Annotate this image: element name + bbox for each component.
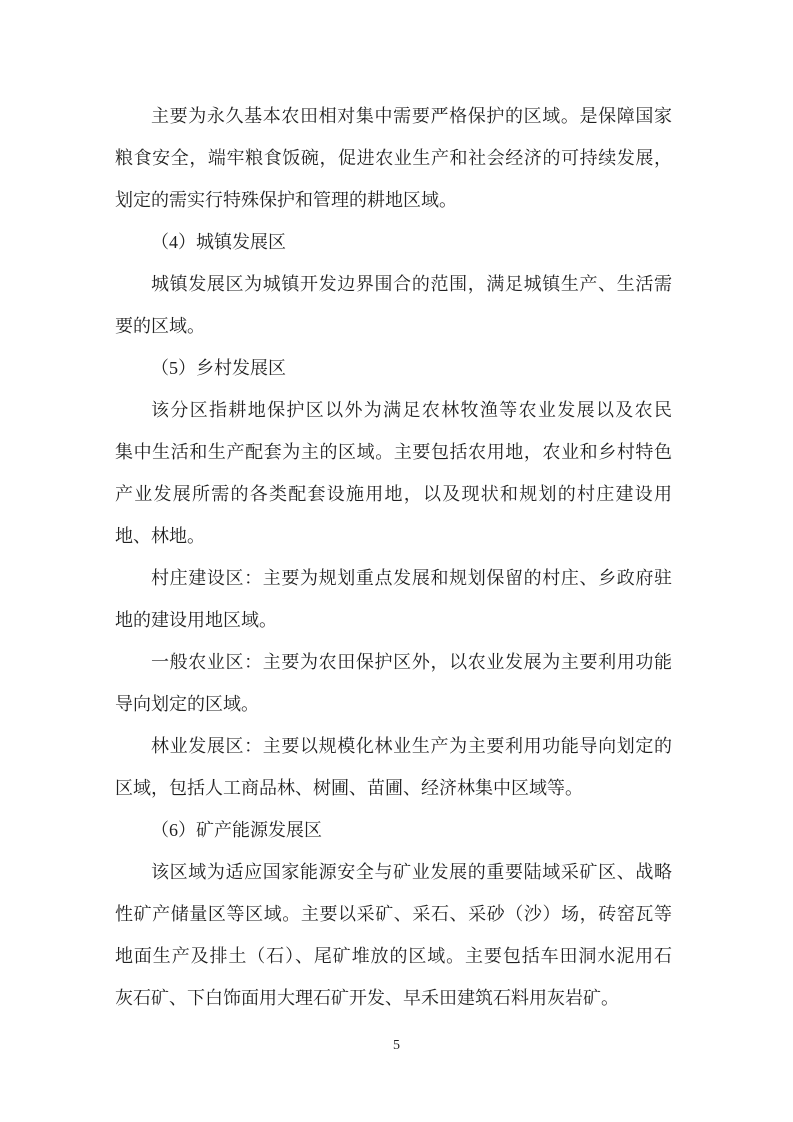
text-line: 城镇发展区为城镇开发边界围合的范围，满足城镇生产、生活需 — [115, 263, 672, 305]
text-line: 地的建设用地区域。 — [115, 599, 672, 641]
text-line: 性矿产储量区等区域。主要以采矿、采石、采砂（沙）场，砖窑瓦等 — [115, 893, 672, 935]
text-line: 地、林地。 — [115, 515, 672, 557]
document-body: 主要为永久基本农田相对集中需要严格保护的区域。是保障国家 粮食安全，端牢粮食饭碗… — [115, 95, 672, 1019]
text-line: 粮食安全，端牢粮食饭碗，促进农业生产和社会经济的可持续发展， — [115, 137, 672, 179]
document-page: 主要为永久基本农田相对集中需要严格保护的区域。是保障国家 粮食安全，端牢粮食饭碗… — [0, 0, 793, 1122]
page-number: 5 — [0, 1036, 793, 1056]
text-line: 产业发展所需的各类配套设施用地，以及现状和规划的村庄建设用 — [115, 473, 672, 515]
text-line: 林业发展区：主要以规模化林业生产为主要利用功能导向划定的 — [115, 725, 672, 767]
text-line: 该区域为适应国家能源安全与矿业发展的重要陆域采矿区、战略 — [115, 851, 672, 893]
text-line: 划定的需实行特殊保护和管理的耕地区域。 — [115, 179, 672, 221]
text-line: 要的区域。 — [115, 305, 672, 347]
text-line: （5）乡村发展区 — [115, 347, 672, 389]
text-line: 集中生活和生产配套为主的区域。主要包括农用地，农业和乡村特色 — [115, 431, 672, 473]
text-line: 区域，包括人工商品林、树圃、苗圃、经济林集中区域等。 — [115, 767, 672, 809]
text-line: 灰石矿、下白饰面用大理石矿开发、早禾田建筑石料用灰岩矿。 — [115, 977, 672, 1019]
paragraph: 村庄建设区：主要为规划重点发展和规划保留的村庄、乡政府驻 地的建设用地区域。 — [115, 557, 672, 641]
text-line: （4）城镇发展区 — [115, 221, 672, 263]
paragraph: 一般农业区：主要为农田保护区外，以农业发展为主要利用功能 导向划定的区域。 — [115, 641, 672, 725]
paragraph-heading: （4）城镇发展区 — [115, 221, 672, 263]
text-line: 村庄建设区：主要为规划重点发展和规划保留的村庄、乡政府驻 — [115, 557, 672, 599]
text-line: 导向划定的区域。 — [115, 683, 672, 725]
text-line: （6）矿产能源发展区 — [115, 809, 672, 851]
text-line: 一般农业区：主要为农田保护区外，以农业发展为主要利用功能 — [115, 641, 672, 683]
paragraph-heading: （6）矿产能源发展区 — [115, 809, 672, 851]
text-line: 地面生产及排土（石）、尾矿堆放的区域。主要包括车田洞水泥用石 — [115, 935, 672, 977]
text-line: 该分区指耕地保护区以外为满足农林牧渔等农业发展以及农民 — [115, 389, 672, 431]
paragraph: 主要为永久基本农田相对集中需要严格保护的区域。是保障国家 粮食安全，端牢粮食饭碗… — [115, 95, 672, 221]
paragraph: 该区域为适应国家能源安全与矿业发展的重要陆域采矿区、战略 性矿产储量区等区域。主… — [115, 851, 672, 1019]
paragraph: 该分区指耕地保护区以外为满足农林牧渔等农业发展以及农民 集中生活和生产配套为主的… — [115, 389, 672, 557]
paragraph: 城镇发展区为城镇开发边界围合的范围，满足城镇生产、生活需 要的区域。 — [115, 263, 672, 347]
text-line: 主要为永久基本农田相对集中需要严格保护的区域。是保障国家 — [115, 95, 672, 137]
paragraph: 林业发展区：主要以规模化林业生产为主要利用功能导向划定的 区域，包括人工商品林、… — [115, 725, 672, 809]
paragraph-heading: （5）乡村发展区 — [115, 347, 672, 389]
